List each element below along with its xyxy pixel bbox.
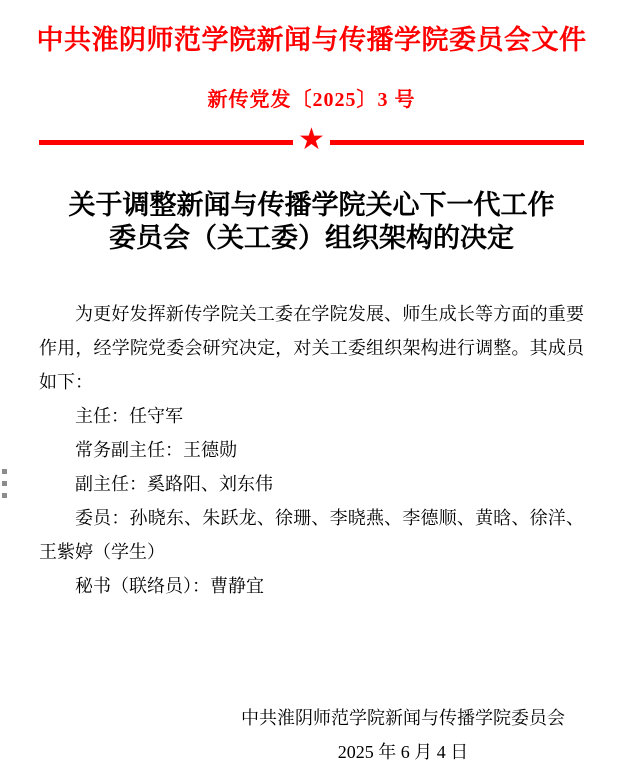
member-line-secretary: 秘书（联络员）：曹静宜 — [39, 569, 584, 603]
document-title: 关于调整新闻与传播学院关心下一代工作 委员会（关工委）组织架构的决定 — [39, 189, 584, 255]
margin-dot-icon — [2, 493, 7, 498]
signature-block: 中共淮阴师范学院新闻与传播学院委员会 2025 年 6 月 4 日 — [241, 701, 565, 769]
left-margin-dots — [2, 469, 7, 498]
member-line-committee-members: 委员：孙晓东、朱跃龙、徐珊、李晓燕、李德顺、黄晗、徐洋、王紫婷（学生） — [39, 501, 584, 569]
document-number: 新传党发〔2025〕3 号 — [0, 88, 623, 112]
red-header-org-title: 中共淮阴师范学院新闻与传播学院委员会文件 — [0, 0, 623, 58]
document-title-line1: 关于调整新闻与传播学院关心下一代工作 — [39, 189, 584, 222]
member-line-executive-deputy-director: 常务副主任：王德勋 — [39, 433, 584, 467]
margin-dot-icon — [2, 469, 7, 474]
signature-org-name: 中共淮阴师范学院新闻与传播学院委员会 — [241, 701, 565, 735]
body-paragraph: 为更好发挥新传学院关工委在学院发展、师生成长等方面的重要作用，经学院党委会研究决… — [39, 297, 584, 399]
red-divider-rule: ★ — [39, 129, 584, 155]
member-line-director: 主任：任守军 — [39, 399, 584, 433]
official-document-page: 中共淮阴师范学院新闻与传播学院委员会文件 新传党发〔2025〕3 号 ★ 关于调… — [0, 0, 623, 775]
red-rule-right-segment — [330, 140, 584, 145]
member-line-deputy-directors: 副主任：奚路阳、刘东伟 — [39, 467, 584, 501]
margin-dot-icon — [2, 481, 7, 486]
star-icon: ★ — [298, 127, 325, 153]
red-rule-left-segment — [39, 140, 293, 145]
signature-date: 2025 年 6 月 4 日 — [241, 735, 565, 769]
document-body: 为更好发挥新传学院关工委在学院发展、师生成长等方面的重要作用，经学院党委会研究决… — [39, 297, 584, 603]
document-title-line2: 委员会（关工委）组织架构的决定 — [39, 222, 584, 255]
